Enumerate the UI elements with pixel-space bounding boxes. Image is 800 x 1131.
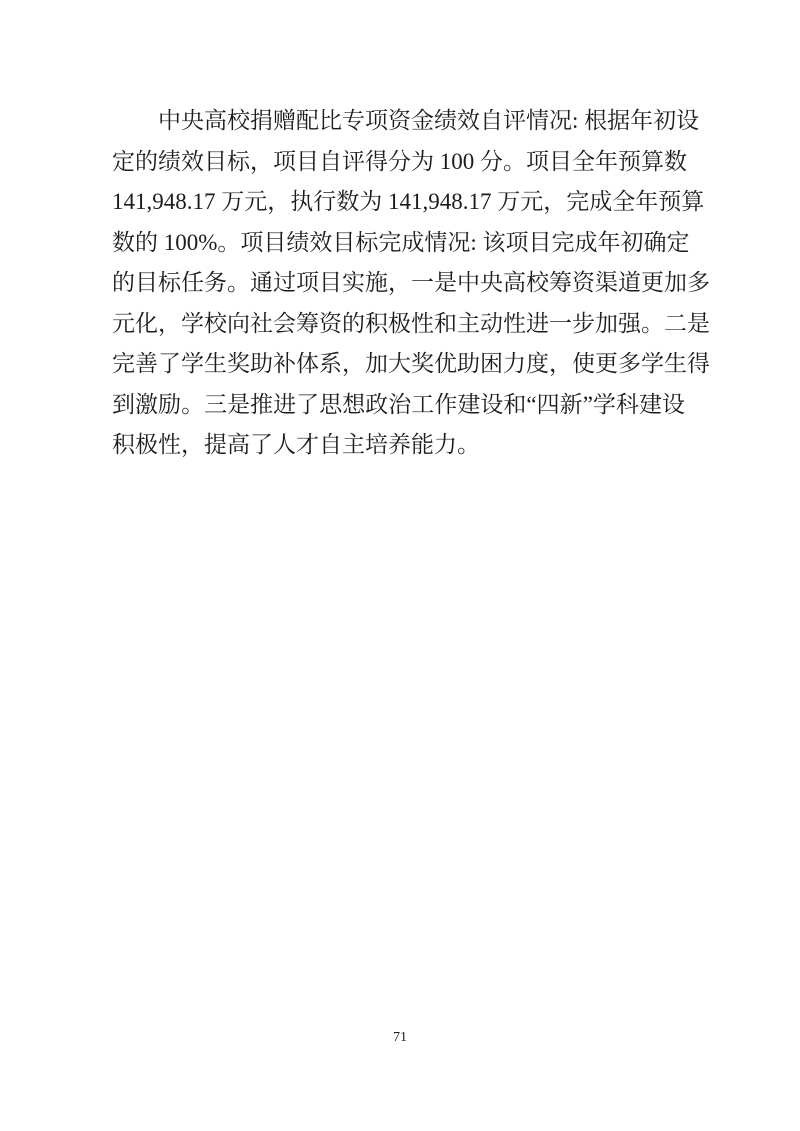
- page-number: 71: [0, 1029, 800, 1047]
- paragraph-line: 数的 100%。项目绩效目标完成情况: 该项目完成年初确定: [112, 223, 685, 264]
- paragraph-line: 的目标任务。通过项目实施，一是中央高校筹资渠道更加多: [112, 263, 685, 304]
- paragraph-line: 完善了学生奖助补体系，加大奖优助困力度，使更多学生得: [112, 344, 685, 385]
- paragraph-line: 元化，学校向社会筹资的积极性和主动性进一步加强。二是: [112, 304, 685, 345]
- paragraph-line: 中央高校捐赠配比专项资金绩效自评情况: 根据年初设: [112, 101, 685, 142]
- body-paragraph: 中央高校捐赠配比专项资金绩效自评情况: 根据年初设定的绩效目标，项目自评得分为 …: [112, 101, 685, 466]
- paragraph-line: 定的绩效目标，项目自评得分为 100 分。项目全年预算数: [112, 142, 685, 183]
- paragraph-line: 到激励。三是推进了思想政治工作建设和“四新”学科建设: [112, 385, 685, 426]
- paragraph-line: 积极性，提高了人才自主培养能力。: [112, 425, 685, 466]
- document-page: 中央高校捐赠配比专项资金绩效自评情况: 根据年初设定的绩效目标，项目自评得分为 …: [0, 0, 800, 1131]
- paragraph-line: 141,948.17 万元，执行数为 141,948.17 万元，完成全年预算: [112, 182, 685, 223]
